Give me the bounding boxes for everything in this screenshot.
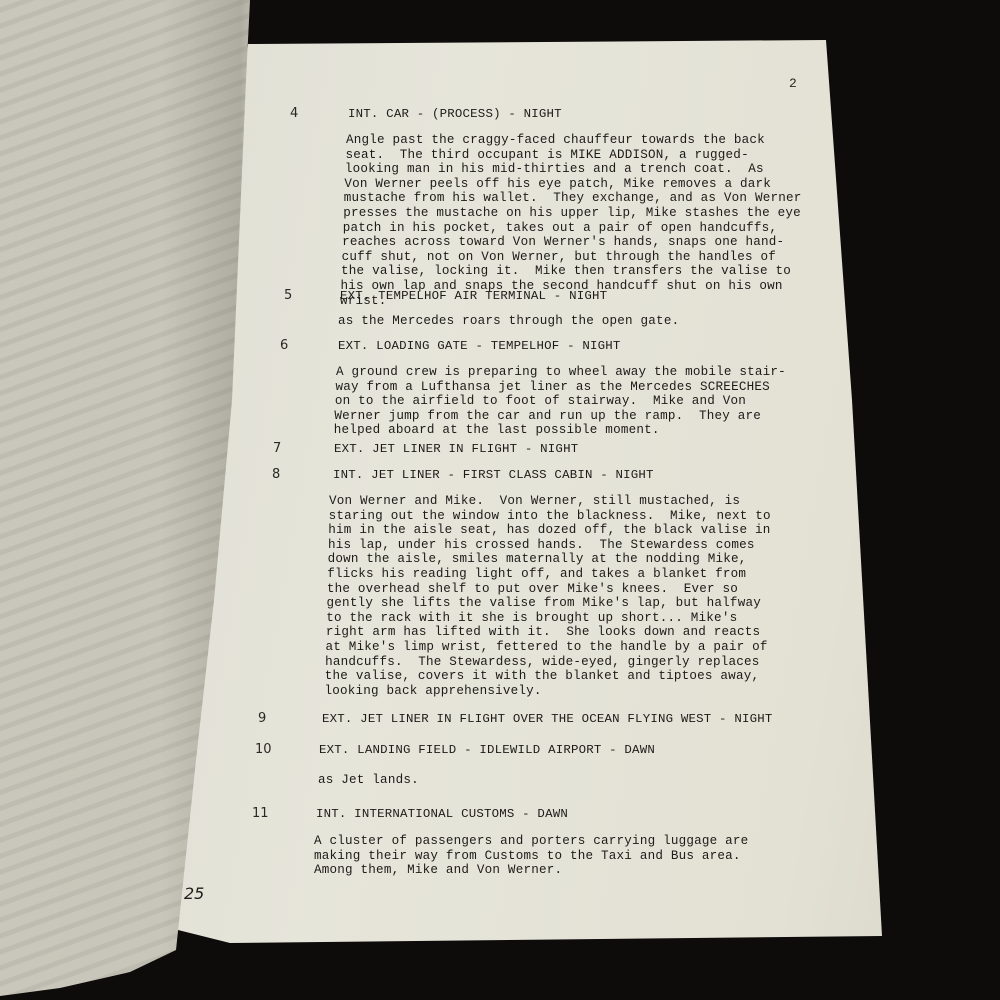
action-line: as the Mercedes roars through the open g…	[338, 314, 679, 329]
scene-heading: INT. JET LINER - FIRST CLASS CABIN - NIG…	[333, 468, 654, 483]
action-line: looking back apprehensively.	[324, 684, 541, 699]
action-line: at Mike's limp wrist, fettered to the ha…	[326, 640, 768, 655]
action-line: reaches across toward Von Werner's hands…	[342, 235, 784, 250]
action-line: seat. The third occupant is MIKE ADDISON…	[345, 148, 748, 163]
action-line: gently she lifts the valise from Mike's …	[327, 596, 761, 611]
action-line: flicks his reading light off, and takes …	[327, 567, 746, 582]
action-line: staring out the window into the blacknes…	[329, 509, 771, 524]
action-line: his lap, under his crossed hands. The St…	[328, 538, 755, 553]
scene-number: 9	[258, 711, 266, 726]
page-number: 2	[789, 76, 797, 91]
action-line: Angle past the craggy-faced chauffeur to…	[346, 133, 765, 148]
scene-heading: EXT. TEMPELHOF AIR TERMINAL - NIGHT	[340, 289, 607, 304]
action-line: the overhead shelf to put over Mike's kn…	[327, 582, 738, 597]
action-line: looking man in his mid-thirties and a tr…	[345, 162, 764, 177]
handwritten-folio: 25	[184, 884, 204, 903]
action-line: the valise, covers it with the blanket a…	[325, 669, 759, 684]
action-line: helped aboard at the last possible momen…	[334, 423, 660, 438]
action-line: Von Werner and Mike. Von Werner, still m…	[329, 494, 740, 509]
action-line: presses the mustache on his upper lip, M…	[343, 206, 801, 221]
scene-number: 8	[272, 467, 280, 482]
action-line: handcuffs. The Stewardess, wide-eyed, gi…	[325, 655, 759, 670]
action-line: right arm has lifted with it. She looks …	[326, 625, 760, 640]
action-line: the valise, locking it. Mike then transf…	[341, 264, 791, 279]
scene-heading: INT. INTERNATIONAL CUSTOMS - DAWN	[316, 807, 568, 822]
scene-heading: EXT. JET LINER IN FLIGHT OVER THE OCEAN …	[322, 712, 773, 727]
action-line: him in the aisle seat, has dozed off, th…	[328, 523, 770, 538]
action-line: down the aisle, smiles maternally at the…	[328, 552, 747, 567]
action-line: making their way from Customs to the Tax…	[314, 849, 741, 864]
action-line: A cluster of passengers and porters carr…	[314, 834, 748, 849]
scene-number: 5	[284, 288, 292, 303]
action-line: A ground crew is preparing to wheel away…	[336, 365, 786, 380]
scene-number: 7	[273, 441, 281, 456]
action-line: mustache from his wallet. They exchange,…	[344, 191, 802, 206]
scene-heading: EXT. JET LINER IN FLIGHT - NIGHT	[334, 442, 578, 457]
scene-heading: EXT. LOADING GATE - TEMPELHOF - NIGHT	[338, 339, 621, 354]
scene-heading: INT. CAR - (PROCESS) - NIGHT	[348, 107, 562, 122]
action-line: Von Werner peels off his eye patch, Mike…	[344, 177, 771, 192]
scene-number: 4	[290, 106, 298, 121]
action-line: to the rack with it she is brought up sh…	[326, 611, 737, 626]
action-line: Among them, Mike and Von Werner.	[314, 863, 562, 878]
scene-heading: EXT. LANDING FIELD - IDLEWILD AIRPORT - …	[319, 743, 655, 758]
scene-number: 10	[255, 742, 272, 757]
action-line: on to the airfield to foot of stairway. …	[335, 394, 746, 409]
action-line: way from a Lufthansa jet liner as the Me…	[335, 380, 769, 395]
action-line: cuff shut, not on Von Werner, but throug…	[342, 250, 776, 265]
scene-number: 6	[280, 338, 288, 353]
scene-number: 11	[252, 806, 269, 821]
action-line: Werner jump from the car and run up the …	[334, 409, 761, 424]
action-line: patch in his pocket, takes out a pair of…	[343, 221, 777, 236]
action-line: as Jet lands.	[318, 773, 419, 788]
